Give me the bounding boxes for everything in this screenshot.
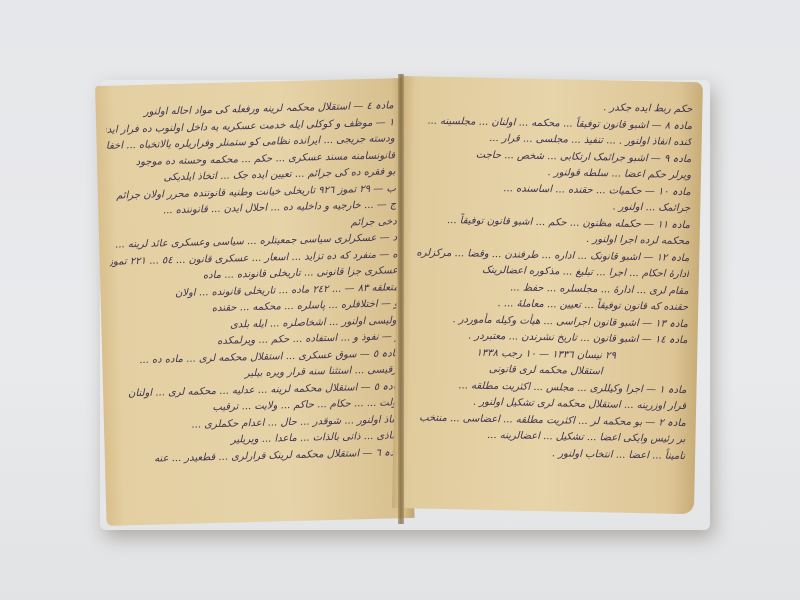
left-page: مادہ ٤ — استقلال محکمہ لرینه ورفعله کی م… [95, 78, 414, 526]
notebook-spine [398, 74, 404, 524]
right-page: حکم ربط ایده جکدر .مادہ ٨ — اشبو قانون ت… [392, 76, 703, 514]
left-page-text: مادہ ٤ — استقلال محکمہ لرینه ورفعله کی م… [106, 98, 403, 468]
right-page-text: حکم ربط ایده جکدر .مادہ ٨ — اشبو قانون ت… [403, 96, 693, 465]
